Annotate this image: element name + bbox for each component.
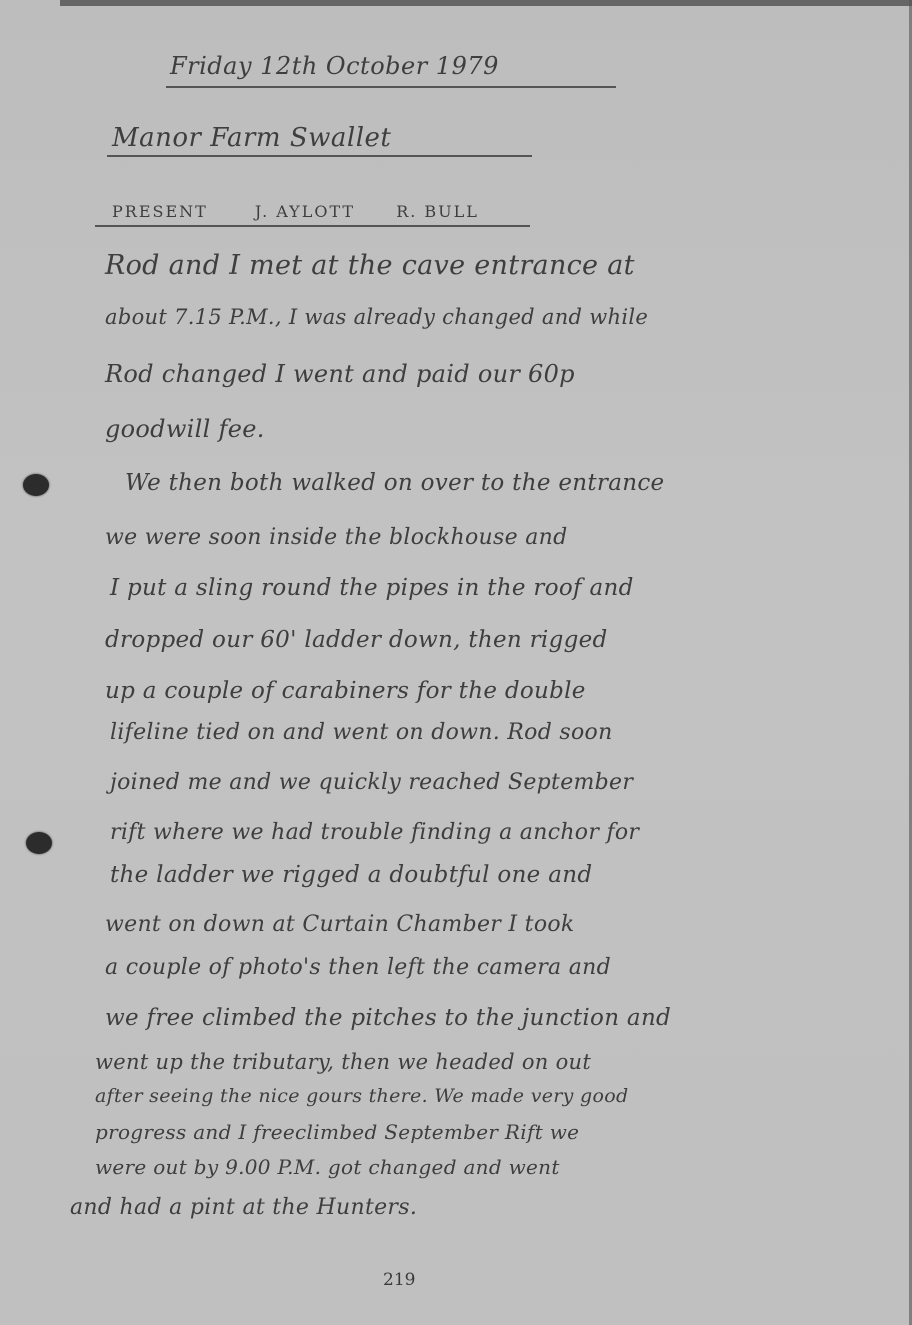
- handwritten-line: progress and I freeclimbed September Rif…: [95, 1120, 579, 1144]
- page-top-edge: [60, 0, 912, 6]
- handwritten-line: Rod changed I went and paid our 60p: [105, 360, 575, 388]
- date-underline: [166, 86, 616, 88]
- handwritten-line: we free climbed the pitches to the junct…: [105, 1005, 671, 1031]
- location-underline: [107, 155, 532, 157]
- present-name: R. BULL: [396, 202, 479, 221]
- handwritten-line: after seeing the nice gours there. We ma…: [95, 1085, 628, 1107]
- handwritten-line: I put a sling round the pipes in the roo…: [110, 575, 634, 601]
- handwritten-line: we were soon inside the blockhouse and: [105, 525, 568, 550]
- handwritten-line: the ladder we rigged a doubtful one and: [110, 862, 592, 888]
- present-label: PRESENT: [112, 202, 208, 221]
- handwritten-line: dropped our 60' ladder down, then rigged: [105, 627, 608, 653]
- handwritten-line: were out by 9.00 P.M. got changed and we…: [95, 1155, 560, 1179]
- present-names: J. AYLOTT R. BULL: [255, 202, 513, 221]
- handwritten-line: went up the tributary, then we headed on…: [95, 1050, 591, 1074]
- handwritten-line: lifeline tied on and went on down. Rod s…: [110, 720, 613, 745]
- handwritten-line: We then both walked on over to the entra…: [125, 470, 664, 496]
- handwritten-line: and had a pint at the Hunters.: [70, 1195, 417, 1220]
- handwritten-line: up a couple of carabiners for the double: [105, 678, 586, 704]
- binder-hole: [23, 474, 49, 496]
- cave-name: Manor Farm Swallet: [112, 123, 391, 153]
- page-number: 219: [383, 1270, 415, 1290]
- handwritten-line: goodwill fee.: [105, 415, 265, 443]
- present-name: J. AYLOTT: [255, 202, 355, 221]
- handwritten-line: went on down at Curtain Chamber I took: [105, 912, 575, 937]
- binder-hole: [26, 832, 52, 854]
- handwritten-line: a couple of photo's then left the camera…: [105, 955, 611, 980]
- handwritten-line: about 7.15 P.M., I was already changed a…: [105, 305, 648, 329]
- handwritten-line: joined me and we quickly reached Septemb…: [110, 770, 633, 795]
- notebook-page: Friday 12th October 1979 Manor Farm Swal…: [0, 0, 912, 1325]
- present-line: PRESENT J. AYLOTT R. BULL: [112, 202, 513, 221]
- handwritten-line: Rod and I met at the cave entrance at: [105, 250, 635, 281]
- present-underline: [95, 225, 530, 227]
- handwritten-line: rift where we had trouble finding a anch…: [110, 820, 639, 845]
- entry-date: Friday 12th October 1979: [170, 52, 499, 80]
